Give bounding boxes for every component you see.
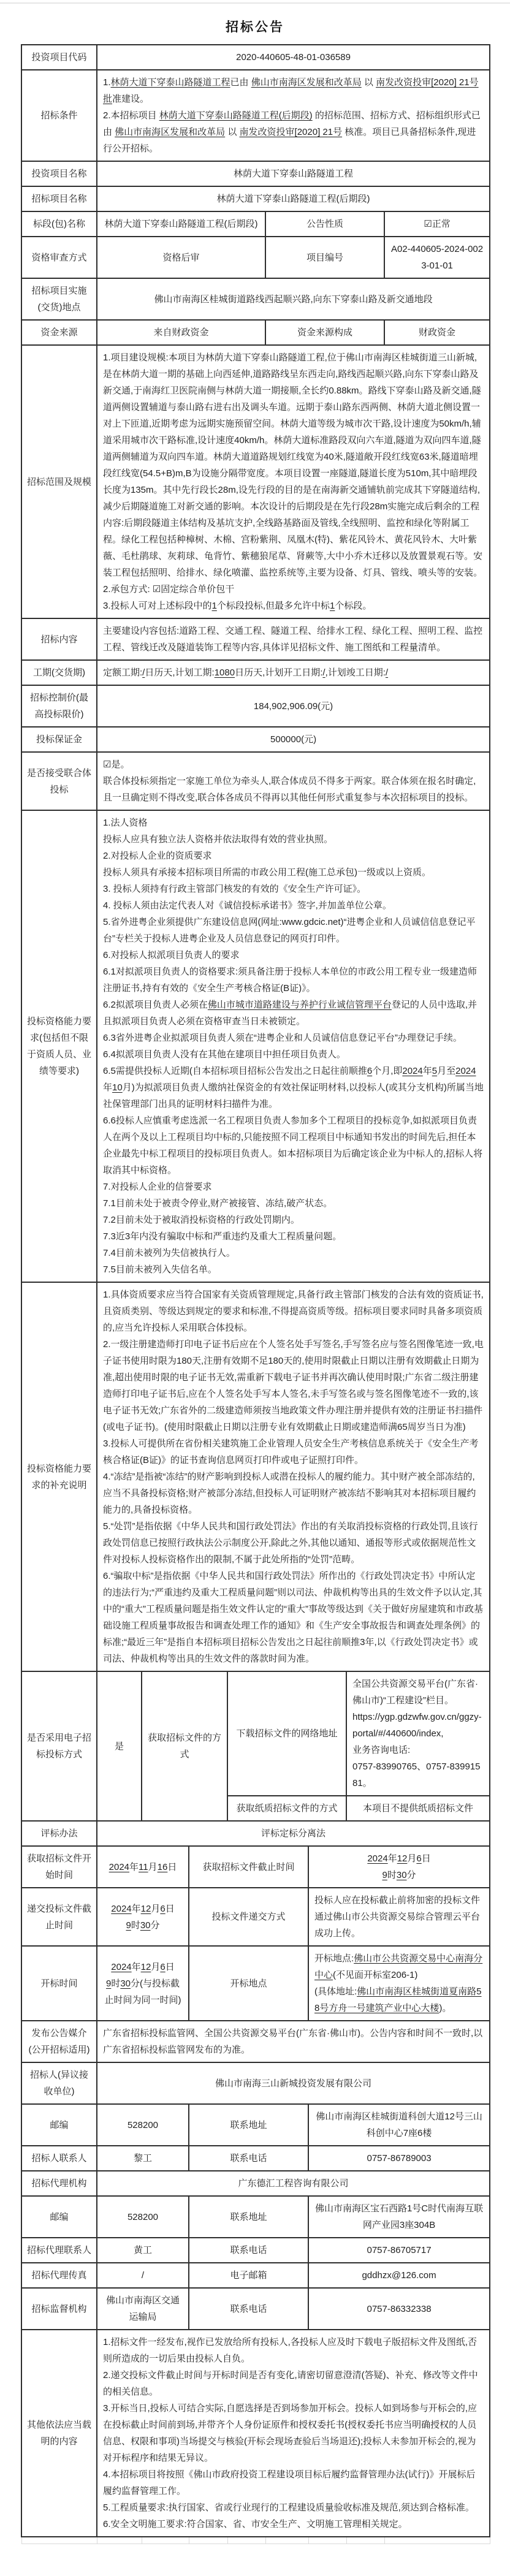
control-price-value: 184,902,906.09(元) xyxy=(97,685,490,727)
funds-composition-value: 财政资金 xyxy=(384,320,490,345)
scope-label: 招标范围及规模 xyxy=(21,345,97,618)
ghost-cell xyxy=(97,2537,142,2544)
agency-label: 招标代理机构 xyxy=(21,2171,97,2196)
row-funds: 资金来源 来自财政资金 资金来源构成 财政资金 xyxy=(21,320,490,345)
row-section: 标段(包)名称 林荫大道下穿泰山路隧道工程(后期段) 公告性质 ☑正常 xyxy=(21,211,490,237)
row-invest-name: 投资项目名称 林荫大道下穿泰山路隧道工程 xyxy=(21,161,490,186)
ghost-cell xyxy=(189,2537,227,2544)
tenderer-contact-label: 招标人联系人 xyxy=(21,2146,97,2171)
ebidding-label: 是否采用电子招标投标方式 xyxy=(21,1671,97,1821)
agency-value: 广东德汇工程咨询有限公司 xyxy=(97,2171,490,2196)
page-title: 招标公告 xyxy=(21,17,489,36)
tenderer-label: 招标人(异议接收单位) xyxy=(21,2062,97,2104)
row-qualification: 资格审查方式 资格后审 项目编号 A02-440605-2024-0023-01… xyxy=(21,237,490,278)
tender-announcement-document: 招标公告 投资项目代码 2020-440605-48-01-036589 招标条… xyxy=(0,17,510,2563)
section-value: 林荫大道下穿泰山路隧道工程(后期段) xyxy=(97,211,265,237)
agency-postcode-value: 528200 xyxy=(97,2196,189,2238)
other-value: 1.招标文件一经发布,视作已发放给所有投标人,各投标人应及时下载电子版招标文件及… xyxy=(97,2330,490,2537)
doc-start-label: 获取招标文件开始时间 xyxy=(21,1846,97,1888)
agency-email-value: gddhzx@126.com xyxy=(308,2263,490,2288)
funds-value: 来自财政资金 xyxy=(97,320,265,345)
project-number-value: A02-440605-2024-0023-01-01 xyxy=(384,237,490,278)
consortium-value: ☑是。联合体投标须指定一家施工单位为牵头人,联合体成员不得多于两家。联合体须在报… xyxy=(97,752,490,810)
ebidding-paper-label: 获取纸质招标文件的方式 xyxy=(227,1796,346,1821)
media-value: 广东省招标投标监管网、全国公共资源交易平台(广东省·佛山市)。公告内容和时间不一… xyxy=(97,2021,490,2062)
supervisor-phone-value: 0757-86332338 xyxy=(308,2288,490,2330)
conditions-value: 1.林荫大道下穿泰山路隧道工程已由 佛山市南海区发展和改革局 以 南发改资投审[… xyxy=(97,70,490,161)
row-capability-notes: 投标资格能力要求的补充说明 1.具体资质要求应当符合国家有关资质管理规定,具备行… xyxy=(21,1282,490,1671)
invest-name-label: 投资项目名称 xyxy=(21,161,97,186)
agency-address-label: 联系地址 xyxy=(189,2196,308,2238)
row-tenderer-post: 邮编 528200 联系地址 佛山市南海区桂城街道科创大道12号三山科创中心7座… xyxy=(21,2104,490,2146)
row-ebidding: 是否采用电子招标投标方式 是 获取招标文件的方式 下载招标文件的网络地址 全国公… xyxy=(21,1671,490,1796)
deposit-label: 投标保证金 xyxy=(21,727,97,752)
table-ghost-row xyxy=(21,2537,490,2544)
ghost-cell xyxy=(346,2537,384,2544)
conditions-label: 招标条件 xyxy=(21,70,97,161)
opening-place-value: 开标地点:佛山市公共资源交易中心南海分中心(不见面开标室206-1)(具体地址:… xyxy=(308,1946,490,2021)
tenderer-address-label: 联系地址 xyxy=(189,2104,308,2146)
invest-name-value: 林荫大道下穿泰山路隧道工程 xyxy=(97,161,490,186)
doc-deadline-label: 获取招标文件截止时间 xyxy=(189,1846,308,1888)
row-evaluation: 评标办法 评标定标分离法 xyxy=(21,1821,490,1846)
row-tender-name: 招标项目名称 林荫大道下穿泰山路隧道工程(后期段) xyxy=(21,186,490,211)
tender-name-label: 招标项目名称 xyxy=(21,186,97,211)
funds-label: 资金来源 xyxy=(21,320,97,345)
agency-contact-label: 招标代理联系人 xyxy=(21,2238,97,2263)
ebidding-paper-value: 本项目不提供纸质招标文件 xyxy=(346,1796,490,1821)
ghost-cell xyxy=(142,2537,189,2544)
row-media: 发布公告媒介(公开招标适用) 广东省招标投标监管网、全国公共资源交易平台(广东省… xyxy=(21,2021,490,2062)
content-label: 招标内容 xyxy=(21,618,97,660)
bid-submit-method-value: 投标人应在投标截止前将加密的投标文件通过佛山市公共资源交易综合管理云平台成功上传… xyxy=(308,1888,490,1946)
supervisor-label: 招标监督机构 xyxy=(21,2288,97,2330)
opening-time-label: 开标时间 xyxy=(21,1946,97,2021)
row-agency-fax: 招标代理传真 / 电子邮箱 gddhzx@126.com xyxy=(21,2263,490,2288)
agency-postcode-label: 邮编 xyxy=(21,2196,97,2238)
ghost-cell xyxy=(227,2537,265,2544)
row-bid-deadline: 递交投标文件截止时间 2024年12月6日9时30分 投标文件递交方式 投标人应… xyxy=(21,1888,490,1946)
bid-deadline-value: 2024年12月6日9时30分 xyxy=(97,1888,189,1946)
project-number-label: 项目编号 xyxy=(265,237,384,278)
tenderer-phone-value: 0757-86789003 xyxy=(308,2146,490,2171)
page-top-divider xyxy=(0,0,510,4)
evaluation-label: 评标办法 xyxy=(21,1821,97,1846)
row-capability: 投标资格能力要求(包括但不限于资质人员、业绩等要求) 1.法人资格投标人应具有独… xyxy=(21,810,490,1282)
capability-label: 投标资格能力要求(包括但不限于资质人员、业绩等要求) xyxy=(21,810,97,1282)
tenderer-contact-value: 黎工 xyxy=(97,2146,189,2171)
bid-submit-method-label: 投标文件递交方式 xyxy=(189,1888,308,1946)
row-agency: 招标代理机构 广东德汇工程咨询有限公司 xyxy=(21,2171,490,2196)
deposit-value: 500000(元) xyxy=(97,727,490,752)
notice-nature-label: 公告性质 xyxy=(265,211,384,237)
supervisor-value: 佛山市南海区交通运输局 xyxy=(97,2288,189,2330)
row-agency-post: 邮编 528200 联系地址 佛山市南海区宝石西路1号C时代南海互联网产业园3座… xyxy=(21,2196,490,2238)
section-label: 标段(包)名称 xyxy=(21,211,97,237)
duration-value: 定额工期:/日历天,计划工期:1080日历天,计划开工日期:/,计划竣工日期:/ xyxy=(97,660,490,685)
row-tenderer: 招标人(异议接收单位) 佛山市南海三山新城投资发展有限公司 xyxy=(21,2062,490,2104)
ghost-cell xyxy=(308,2537,346,2544)
opening-place-label: 开标地点 xyxy=(189,1946,308,2021)
doc-start-value: 2024年11月16日 xyxy=(97,1846,189,1888)
duration-label: 工期(交货期) xyxy=(21,660,97,685)
ghost-cell xyxy=(265,2537,308,2544)
location-value: 佛山市南海区桂城街道路线西起顺兴路,向东下穿泰山路及新交通地段 xyxy=(97,278,490,320)
ghost-cell xyxy=(384,2537,490,2544)
funds-composition-label: 资金来源构成 xyxy=(265,320,384,345)
evaluation-value: 评标定标分离法 xyxy=(97,1821,490,1846)
ebidding-download-value: 全国公共资源交易平台(广东省·佛山市)“工程建设”栏目。https://ygp.… xyxy=(346,1671,490,1796)
opening-time-value: 2024年12月6日9时30分(与投标截止时间为同一时间) xyxy=(97,1946,189,2021)
capability-notes-label: 投标资格能力要求的补充说明 xyxy=(21,1282,97,1671)
bid-deadline-label: 递交投标文件截止时间 xyxy=(21,1888,97,1946)
row-deposit: 投标保证金 500000(元) xyxy=(21,727,490,752)
agency-contact-value: 黄工 xyxy=(97,2238,189,2263)
invest-code-value: 2020-440605-48-01-036589 xyxy=(97,45,490,70)
row-supervisor: 招标监督机构 佛山市南海区交通运输局 联系电话 0757-86332338 xyxy=(21,2288,490,2330)
location-label: 招标项目实施(交货)地点 xyxy=(21,278,97,320)
capability-notes-value: 1.具体资质要求应当符合国家有关资质管理规定,具备行政主管部门核发的合法有效的资… xyxy=(97,1282,490,1671)
row-tenderer-contact: 招标人联系人 黎工 联系电话 0757-86789003 xyxy=(21,2146,490,2171)
announcement-table: 投资项目代码 2020-440605-48-01-036589 招标条件 1.林… xyxy=(21,44,490,2544)
row-conditions: 招标条件 1.林荫大道下穿泰山路隧道工程已由 佛山市南海区发展和改革局 以 南发… xyxy=(21,70,490,161)
agency-fax-value: / xyxy=(97,2263,189,2288)
supervisor-phone-label: 联系电话 xyxy=(189,2288,308,2330)
capability-value: 1.法人资格投标人应具有独立法人资格并依法取得有效的营业执照。2.对投标人企业的… xyxy=(97,810,490,1282)
ebidding-download-label: 下载招标文件的网络地址 xyxy=(227,1671,346,1796)
qualification-value: 资格后审 xyxy=(97,237,265,278)
ghost-cell xyxy=(21,2537,97,2544)
tenderer-postcode-label: 邮编 xyxy=(21,2104,97,2146)
tenderer-address-value: 佛山市南海区桂城街道科创大道12号三山科创中心7座6楼 xyxy=(308,2104,490,2146)
row-scope: 招标范围及规模 1.项目建设规模:本项目为林荫大道下穿泰山路隧道工程,位于佛山市… xyxy=(21,345,490,618)
row-consortium: 是否接受联合体投标 ☑是。联合体投标须指定一家施工单位为牵头人,联合体成员不得多… xyxy=(21,752,490,810)
row-opening: 开标时间 2024年12月6日9时30分(与投标截止时间为同一时间) 开标地点 … xyxy=(21,1946,490,2021)
tenderer-postcode-value: 528200 xyxy=(97,2104,189,2146)
control-price-label: 招标控制价(最高投标限价) xyxy=(21,685,97,727)
tenderer-value: 佛山市南海三山新城投资发展有限公司 xyxy=(97,2062,490,2104)
tenderer-phone-label: 联系电话 xyxy=(189,2146,308,2171)
agency-email-label: 电子邮箱 xyxy=(189,2263,308,2288)
row-location: 招标项目实施(交货)地点 佛山市南海区桂城街道路线西起顺兴路,向东下穿泰山路及新… xyxy=(21,278,490,320)
consortium-label: 是否接受联合体投标 xyxy=(21,752,97,810)
agency-phone-value: 0757-86705717 xyxy=(308,2238,490,2263)
invest-code-label: 投资项目代码 xyxy=(21,45,97,70)
content-value: 主要建设内容包括:道路工程、交通工程、隧道工程、给排水工程、绿化工程、照明工程、… xyxy=(97,618,490,660)
row-invest-code: 投资项目代码 2020-440605-48-01-036589 xyxy=(21,45,490,70)
other-label: 其他依法应当载明的内容 xyxy=(21,2330,97,2537)
agency-phone-label: 联系电话 xyxy=(189,2238,308,2263)
row-agency-contact: 招标代理联系人 黄工 联系电话 0757-86705717 xyxy=(21,2238,490,2263)
ebidding-method-label: 获取招标文件的方式 xyxy=(142,1671,227,1821)
qualification-label: 资格审查方式 xyxy=(21,237,97,278)
scope-value: 1.项目建设规模:本项目为林荫大道下穿泰山路隧道工程,位于佛山市南海区桂城街道三… xyxy=(97,345,490,618)
row-control-price: 招标控制价(最高投标限价) 184,902,906.09(元) xyxy=(21,685,490,727)
tender-name-value: 林荫大道下穿泰山路隧道工程(后期段) xyxy=(97,186,490,211)
row-other: 其他依法应当载明的内容 1.招标文件一经发布,视作已发放给所有投标人,各投标人应… xyxy=(21,2330,490,2537)
row-doc-start: 获取招标文件开始时间 2024年11月16日 获取招标文件截止时间 2024年1… xyxy=(21,1846,490,1888)
row-content: 招标内容 主要建设内容包括:道路工程、交通工程、隧道工程、给排水工程、绿化工程、… xyxy=(21,618,490,660)
row-duration: 工期(交货期) 定额工期:/日历天,计划工期:1080日历天,计划开工日期:/,… xyxy=(21,660,490,685)
doc-deadline-value: 2024年12月6日9时30分 xyxy=(308,1846,490,1888)
notice-nature-value: ☑正常 xyxy=(384,211,490,237)
ebidding-yes: 是 xyxy=(97,1671,142,1821)
media-label: 发布公告媒介(公开招标适用) xyxy=(21,2021,97,2062)
agency-address-value: 佛山市南海区宝石西路1号C时代南海互联网产业园3座304B xyxy=(308,2196,490,2238)
agency-fax-label: 招标代理传真 xyxy=(21,2263,97,2288)
